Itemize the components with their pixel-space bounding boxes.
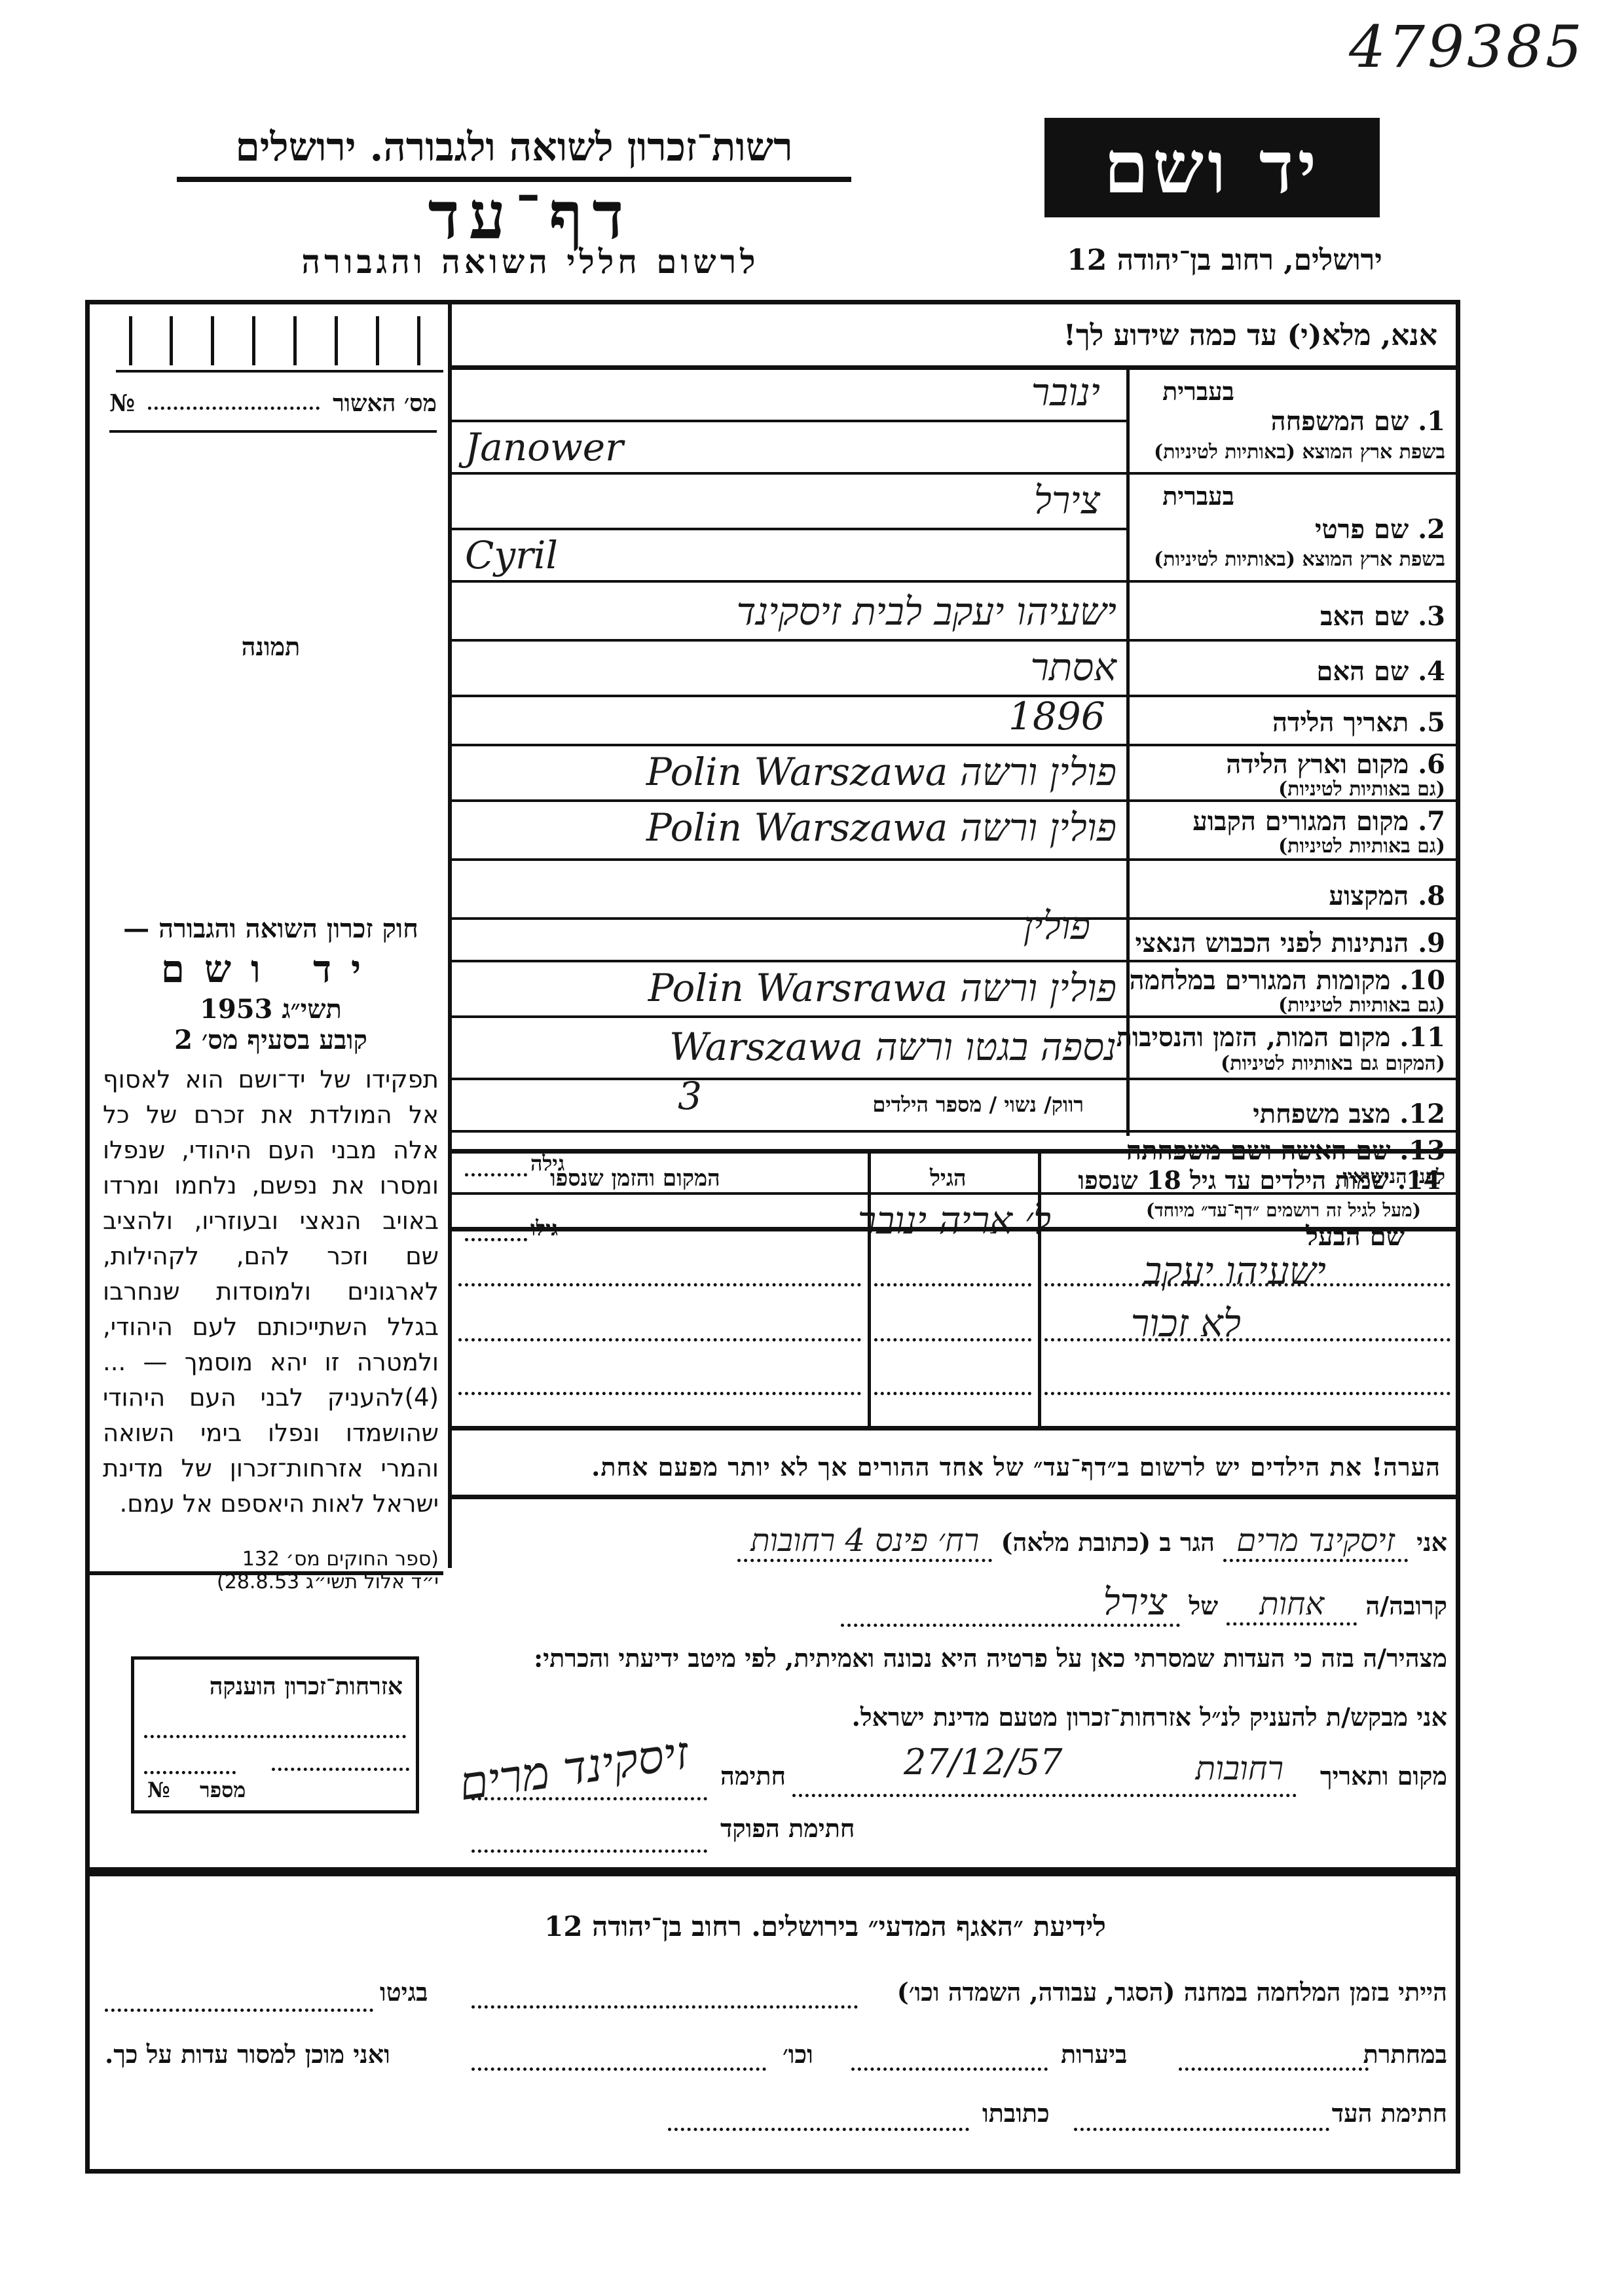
tick-mark [335, 316, 338, 365]
citizenship-box-title: אזרחות־זכרון הוענקה [210, 1673, 403, 1700]
number-symbol: № [109, 390, 135, 417]
birth-place-value: פולין ורשה Polin Warszawa [646, 750, 1116, 794]
header-divider [452, 1227, 1457, 1231]
law-title: חוק זכרון השואה והגבורה — [103, 913, 439, 944]
field-sublabel: (גם באותיות לטיניות) [1278, 778, 1445, 801]
organization-name: רשות־זכרון לשואה ולגבורה. ירושלים [177, 124, 851, 182]
field-6-birth-place[interactable]: פולין ורשה Polin Warszawa 6. מקום וארץ ה… [452, 746, 1457, 802]
law-text: תפקידו של יד־ושם הוא לאסוף אל המולדת את … [103, 1062, 439, 1522]
forests-line[interactable] [851, 2068, 1048, 2071]
law-reference-line-1: (ספר החוקים מס׳ 132 [103, 1548, 439, 1571]
first-name-latin-value: Cyril [465, 533, 558, 577]
first-name-hebrew-value: צירל [1034, 478, 1100, 522]
camp-line[interactable] [471, 2005, 858, 2009]
place-value: רחובות [1196, 1749, 1283, 1787]
wartime-residence-value: פולין ורשה Polin Warsrawa [648, 966, 1116, 1010]
tick-mark [170, 316, 173, 365]
field-label: 10. מקומות המגורים במלחמה [1130, 965, 1445, 996]
tick-base-line [116, 370, 443, 373]
yad-vashem-logo: יד ושם [1044, 118, 1380, 217]
address-label: הגר ב (כתובת מלאה) [1001, 1527, 1215, 1557]
declarant-name[interactable]: זיסקינד מרים [1223, 1522, 1408, 1562]
field-label: 2. שם פרטי [1315, 514, 1445, 545]
signature-label: חתימה [720, 1761, 786, 1791]
child-2-age-line[interactable] [874, 1338, 1031, 1341]
field-7-residence[interactable]: פולין ורשה Polin Warszawa 7. מקום המגורי… [452, 802, 1457, 861]
tick-mark [293, 316, 297, 365]
footer-address-label: כתובתו [982, 2098, 1050, 2128]
child-1-place-line[interactable] [458, 1283, 861, 1286]
death-place-value: נספה בגטו ורשה Warszawa [669, 1025, 1116, 1069]
number-symbol: № [147, 1777, 170, 1802]
law-section: קובע בסעיף מס׳ 2 [103, 1025, 439, 1055]
ghetto-line[interactable] [105, 2009, 373, 2012]
birth-date-value: 1896 [1008, 694, 1105, 738]
field-label: 5. תאריך הלידה [1272, 707, 1445, 738]
law-excerpt: חוק זכרון השואה והגבורה — יד ושם תשי״ג 1… [90, 907, 452, 1503]
note-text: הערה! את הילדים יש לרשום ב״דף־עד״ של אחד… [591, 1452, 1441, 1482]
tick-mark [376, 316, 379, 365]
footer-camp-label: הייתי בזמן המלחמה במחנה (הסגר, עבודה, הש… [897, 1977, 1447, 2007]
photo-label: תמונה [90, 632, 452, 662]
field-label: 9. הנתינות לפני הכבוש הנאצי [1135, 928, 1445, 958]
approval-number-field[interactable]: № מס׳ האשור [109, 390, 437, 433]
field-11-death-place[interactable]: נספה בגטו ורשה Warszawa 11. מקום המות, ה… [452, 1018, 1457, 1080]
field-label: 4. שם האם [1316, 656, 1445, 687]
law-year: תשי״ג 1953 [103, 994, 439, 1025]
hebrew-tag: בעברית [1162, 376, 1234, 407]
field-label: 6. מקום וארץ הלידה [1226, 749, 1445, 780]
citizenship-granted-box: אזרחות־זכרון הוענקה № מספר [131, 1656, 419, 1813]
field-label: 11. מקום המות, הזמן והנסיבות [1116, 1022, 1445, 1053]
citizenship-request: אני מבקש/ת להעניק לנ״ל אזרחות־זכרון מטעם… [852, 1702, 1447, 1732]
field-label: 3. שם האב [1320, 601, 1445, 632]
child-2-name-line[interactable] [1044, 1338, 1450, 1341]
approval-number-line[interactable] [148, 397, 320, 410]
field-sublabel: בשפת ארץ המוצא (באותיות לטיניות) [1154, 548, 1445, 571]
tick-mark [129, 316, 132, 365]
field-5-birth-date[interactable]: 1896 5. תאריך הלידה [452, 697, 1457, 746]
field-4-mother-name[interactable]: אסתר 4. שם האם [452, 642, 1457, 697]
declaration-statement: מצהיר/ה בזה כי העדות שמסרתי כאן על פרטיה… [534, 1643, 1447, 1673]
children-count-value: 3 [678, 1074, 702, 1118]
column-divider [1038, 1154, 1041, 1426]
relative-label: קרובה/ה [1365, 1591, 1447, 1620]
field-label: 1. שם המשפחה [1271, 406, 1445, 437]
father-name-value: ישעיהו יעקב לבית זיסקינד [736, 589, 1116, 634]
etc-line[interactable] [471, 2068, 766, 2071]
field-label: 8. המקצוע [1329, 881, 1445, 911]
witness-signature-line[interactable] [1074, 2128, 1329, 2131]
relation-value[interactable]: אחות [1227, 1586, 1357, 1626]
law-reference: (ספר החוקים מס׳ 132 י״ד אלול תשי״ג 28.8.… [103, 1548, 439, 1594]
field-sublabel: (גם באותיות לטיניות) [1278, 835, 1445, 858]
field-label: 12. מצב משפחתי [1253, 1099, 1445, 1129]
footer-underground-label: במחתרת [1363, 2039, 1447, 2069]
form-subtitle: לרשום חללי השואה והגבורה [236, 242, 825, 281]
children-subtitle: (מעל לגיל זה רושמים ״דף־עד״ מיוחד) [1146, 1199, 1421, 1222]
column-header-age: הגיל [930, 1165, 967, 1192]
family-status-options: רווק/ נשוי / מספר הילדים [872, 1092, 1084, 1117]
footer-ghetto-label: בגיטו [380, 1977, 428, 2007]
child-1-age-line[interactable] [874, 1283, 1031, 1286]
field-8-profession[interactable]: 8. המקצוע [452, 861, 1457, 920]
hebrew-tag: בעברית [1162, 481, 1234, 511]
field-9-nationality[interactable]: פולין 9. הנתינות לפני הכבוש הנאצי [452, 920, 1457, 962]
column-header-place-time: המקום והזמן שנספו [550, 1165, 720, 1192]
field-sublabel: (גם באותיות לטיניות) [1278, 994, 1445, 1017]
officer-signature-line[interactable] [471, 1850, 707, 1853]
instructions-row: אנא, מלא(י) עד כמה שידוע לך! [452, 304, 1457, 370]
field-1-label: בעברית 1. שם המשפחה בשפת ארץ המוצא (באות… [1126, 370, 1457, 475]
double-divider [85, 1867, 1460, 1876]
tick-mark [252, 316, 255, 365]
child-3-age-line[interactable] [874, 1392, 1031, 1395]
child-3-place-line[interactable] [458, 1392, 861, 1395]
footer-title: לידיעת ״האגף המדעי״ בירושלים. רחוב בן־יה… [498, 1910, 1153, 1943]
field-3-father-name[interactable]: ישעיהו יעקב לבית זיסקינד 3. שם האב [452, 583, 1457, 642]
place-date-label: מקום ותאריך [1320, 1761, 1447, 1791]
witness-address-line[interactable] [668, 2128, 969, 2131]
field-12-family-status[interactable]: רווק/ נשוי / מספר הילדים 3 12. מצב משפחת… [452, 1080, 1457, 1133]
family-name-latin-value: Janower [465, 425, 623, 469]
residence-value: פולין ורשה Polin Warszawa [646, 805, 1116, 850]
footer-testimony-label: ואני מוכן למסור עדות על כך. [105, 2039, 390, 2069]
child-2-place-line[interactable] [458, 1338, 861, 1341]
field-label: 7. מקום המגורים הקבוע [1192, 806, 1445, 837]
footer-etc-label: וכו׳ [783, 2039, 813, 2069]
mother-name-value: אסתר [1030, 645, 1116, 689]
field-1-latin[interactable]: Janower [452, 422, 1126, 475]
date-value: 27/12/57 [904, 1741, 1063, 1783]
nationality-value: פולין [1024, 903, 1090, 948]
family-name-hebrew-value: ינובר [1031, 370, 1100, 414]
citizenship-line[interactable] [272, 1768, 409, 1771]
divider [90, 1571, 443, 1575]
field-2-latin[interactable]: Cyril [452, 530, 1126, 583]
tick-mark [211, 316, 214, 365]
field-10-wartime-residence[interactable]: פולין ורשה Polin Warsrawa 10. מקומות המג… [452, 962, 1457, 1018]
citizenship-number-label: מספר [200, 1777, 246, 1802]
column-divider [868, 1154, 871, 1426]
address: ירושלים, רחוב בן־יהודה 12 [1022, 244, 1428, 277]
underground-line[interactable] [1179, 2068, 1369, 2071]
catalog-number: 479385 [1349, 13, 1585, 81]
field-1-hebrew[interactable]: ינובר [452, 370, 1126, 422]
declarant-address[interactable]: רח׳ פינס 4 רחובות [737, 1522, 992, 1562]
tick-mark [417, 316, 420, 365]
child-3-name-line[interactable] [1044, 1392, 1450, 1395]
footer-forests-label: ביערות [1061, 2039, 1127, 2069]
declaration-line-1: אני זיסקינד מרים הגר ב (כתובת מלאה) רח׳ … [737, 1522, 1447, 1559]
instructions-text: אנא, מלא(י) עד כמה שידוע לך! [1063, 319, 1437, 352]
note-row: הערה! את הילדים יש לרשום ב״דף־עד״ של אחד… [452, 1440, 1457, 1499]
field-2-label: בעברית 2. שם פרטי בשפת ארץ המוצא (באותיו… [1126, 475, 1457, 583]
citizenship-line[interactable] [144, 1735, 406, 1738]
citizenship-line[interactable] [144, 1771, 236, 1774]
i-label: אני [1416, 1527, 1447, 1557]
field-2-hebrew[interactable]: צירל [452, 475, 1126, 530]
field-sublabel: בשפת ארץ המוצא (באותיות לטיניות) [1154, 441, 1445, 464]
relative-of-value[interactable]: צירל [841, 1581, 1180, 1627]
declaration-line-2: קרובה/ה אחות של צירל [841, 1581, 1447, 1624]
logo-text: יד ושם [1104, 125, 1321, 210]
footer-witness-signature-label: חתימת העד [1332, 2098, 1447, 2128]
field-sublabel: (המקום גם באותיות לטיניות) [1221, 1052, 1445, 1075]
child-1-name-line[interactable] [1044, 1283, 1450, 1286]
approval-label: מס׳ האשור [333, 390, 437, 417]
children-table: 14. שמות הילדים עד גיל 18 שנספו (מעל לגי… [452, 1149, 1457, 1430]
officer-signature-label: חתימת הפוקד [720, 1813, 855, 1844]
of-label: של [1189, 1591, 1218, 1620]
place-date-line[interactable] [792, 1794, 1297, 1797]
children-title: 14. שמות הילדים עד גיל 18 שנספו [1078, 1165, 1441, 1195]
law-name: יד ושם [103, 947, 439, 991]
